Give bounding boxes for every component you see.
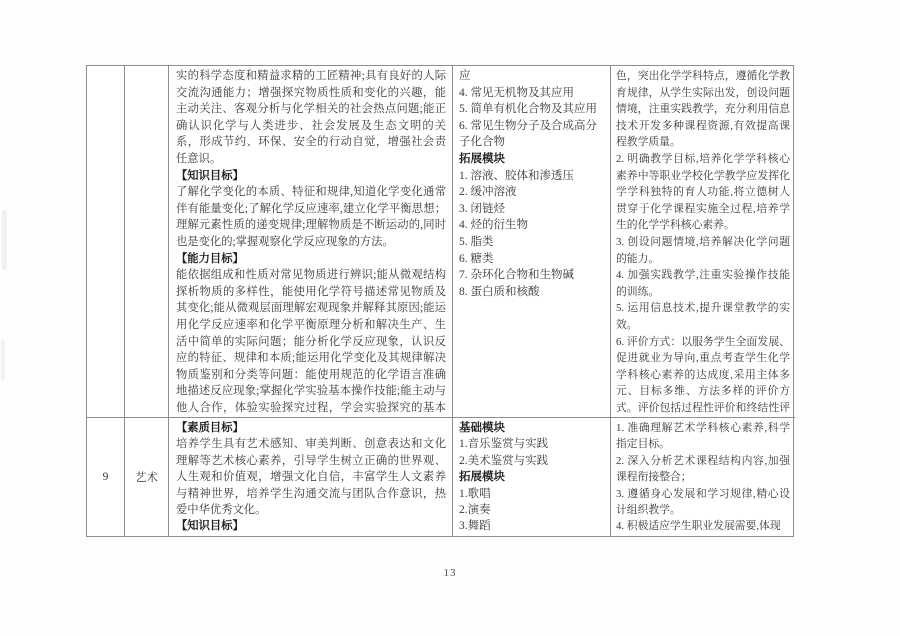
- teaching-paragraph: 4. 加强实践教学,注重实验操作技能的训练。: [616, 267, 790, 300]
- chemistry-teaching-cell: 色，突出化学学科特点，遵循化学教育规律，从学生实际出发，创设问题情境，注重实践教…: [611, 66, 795, 418]
- module-item: 7. 杂环化合物和生物碱: [459, 267, 606, 284]
- basic-module-heading: 基础模块: [459, 420, 606, 436]
- knowledge-goal-heading: 【知识目标】: [176, 168, 446, 185]
- page-number: 13: [0, 567, 900, 579]
- module-item: 4. 常见无机物及其应用: [459, 85, 606, 102]
- chemistry-knowledge-goal-text: 了解化学变化的本质、特征和规律,知道化学变化通常伴有能量变化;了解化学反应速率,…: [176, 184, 446, 250]
- module-item: 4. 烃的衍生物: [459, 217, 606, 234]
- chemistry-row-number-cell: [87, 66, 125, 418]
- teaching-paragraph: 1. 准确理解艺术学科核心素养,科学指定目标。: [616, 420, 790, 453]
- art-quality-goal-text: 培养学生具有艺术感知、审美判断、创意表达和文化理解等艺术核心素养，引导学生树立正…: [176, 436, 446, 518]
- ability-goal-heading: 【能力目标】: [176, 251, 446, 268]
- teaching-paragraph: 5. 运用信息技术,提升课堂教学的实效。: [616, 300, 790, 333]
- chemistry-subject-cell: [125, 66, 169, 418]
- teaching-paragraph: 4. 积极适应学生职业发展需要,体现: [616, 518, 790, 534]
- chemistry-objectives-intro: 实的科学态度和精益求精的工匠精神;具有良好的人际交流沟通能力；增强探究物质性质和…: [176, 68, 446, 168]
- teaching-paragraph: 6. 评价方式：以服务学生全面发展、促进就业为导向,重点考查学生化学学科核心素养…: [616, 334, 790, 419]
- module-item: 3.舞蹈: [459, 518, 606, 534]
- teaching-paragraph: 3. 遵循身心发展和学习规律,精心设计组织教学。: [616, 486, 790, 519]
- art-subject-label: 艺术: [135, 469, 158, 485]
- chemistry-modules-cell: 应 4. 常见无机物及其应用 5. 简单有机化合物及其应用 6. 常见生物分子及…: [453, 66, 611, 418]
- module-item: 5. 脂类: [459, 234, 606, 251]
- curriculum-table: 实的科学态度和精益求精的工匠精神;具有良好的人际交流沟通能力；增强探究物质性质和…: [86, 65, 794, 537]
- scan-artifact: [2, 210, 7, 270]
- module-item: 1.歌唱: [459, 486, 606, 502]
- teaching-paragraph: 2. 深入分析艺术课程结构内容,加强课程衔接整合；: [616, 453, 790, 486]
- art-objectives-cell: 【素质目标】 培养学生具有艺术感知、审美判断、创意表达和文化理解等艺术核心素养，…: [169, 418, 453, 536]
- teaching-paragraph: 2. 明确教学目标,培养化学学科核心素养中等职业学校化学教学应发挥化学学科独特的…: [616, 151, 790, 234]
- module-item: 3. 闭链烃: [459, 201, 606, 218]
- expand-module-heading: 拓展模块: [459, 469, 606, 485]
- knowledge-goal-heading: 【知识目标】: [176, 518, 446, 534]
- chemistry-objectives-cell: 实的科学态度和精益求精的工匠精神;具有良好的人际交流沟通能力；增强探究物质性质和…: [169, 66, 453, 418]
- module-item: 1. 溶液、胶体和渗透压: [459, 168, 606, 185]
- quality-goal-heading: 【素质目标】: [176, 420, 446, 436]
- art-subject-cell: 艺术: [125, 418, 169, 536]
- teaching-paragraph: 色，突出化学学科特点，遵循化学教育规律，从学生实际出发，创设问题情境，注重实践教…: [616, 68, 790, 151]
- module-item: 6. 常见生物分子及合成高分子化合物: [459, 118, 606, 151]
- art-teaching-cell: 1. 准确理解艺术学科核心素养,科学指定目标。 2. 深入分析艺术课程结构内容,…: [611, 418, 795, 536]
- teaching-paragraph: 3. 创设问题情境,培养解决化学问题的能力。: [616, 234, 790, 267]
- module-item: 2. 缓冲溶液: [459, 184, 606, 201]
- module-item: 1.音乐鉴赏与实践: [459, 436, 606, 452]
- module-item: 2.演奏: [459, 502, 606, 518]
- module-item: 8. 蛋白质和核酸: [459, 284, 606, 301]
- art-row-number-cell: 9: [87, 418, 125, 536]
- scan-artifact: [1, 340, 5, 380]
- art-modules-cell: 基础模块 1.音乐鉴赏与实践 2.美术鉴赏与实践 拓展模块 1.歌唱 2.演奏 …: [453, 418, 611, 536]
- expand-module-heading: 拓展模块: [459, 151, 606, 168]
- module-item-continuation: 应: [459, 68, 606, 85]
- chemistry-ability-goal-text: 能依据组成和性质对常见物质进行辨识;能从微观结构探析物质的多样性，能使用化学符号…: [176, 267, 446, 418]
- module-item: 5. 简单有机化合物及其应用: [459, 101, 606, 118]
- module-item: 2.美术鉴赏与实践: [459, 453, 606, 469]
- module-item: 6. 糖类: [459, 251, 606, 268]
- art-row-number: 9: [103, 471, 109, 483]
